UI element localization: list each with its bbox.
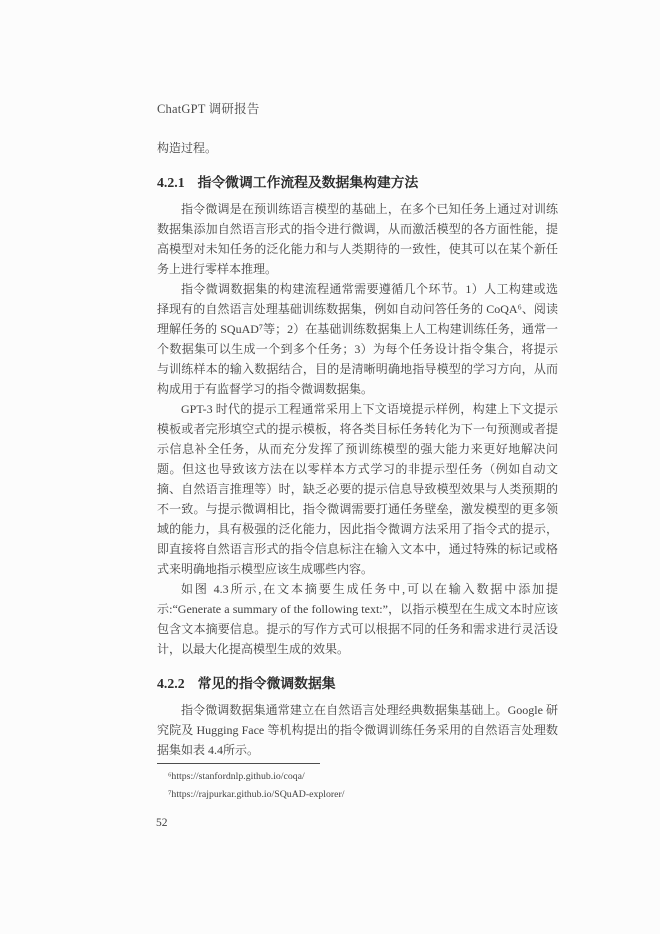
section-title: 常见的指令微调数据集 [198,676,336,691]
running-header: ChatGPT 调研报告 [157,99,260,117]
paragraph: GPT-3 时代的提示工程通常采用上下文语境提示样例，构建上下文提示模板或者完形… [157,399,558,579]
paragraph-intro: 构造过程。 [157,139,558,156]
section-title: 指令微调工作流程及数据集构建方法 [198,175,419,190]
document-page: ChatGPT 调研报告 构造过程。 4.2.1指令微调工作流程及数据集构建方法… [0,0,660,934]
page-number: 52 [156,817,168,829]
paragraph: 指令微调数据集的构建流程通常需要遵循几个环节。1）人工构建或选择现有的自然语言处… [157,279,558,399]
footnotes: ⁶https://stanfordnlp.github.io/coqa/ ⁷ht… [157,768,558,803]
section-4-2-1-body: 指令微调是在预训练语言模型的基础上，在多个已知任务上通过对训练数据集添加自然语言… [157,199,558,659]
footnote: ⁷https://rajpurkar.github.io/SQuAD-explo… [157,786,558,804]
section-number: 4.2.2 [157,676,185,691]
paragraph: 指令微调是在预训练语言模型的基础上，在多个已知任务上通过对训练数据集添加自然语言… [157,199,558,279]
section-number: 4.2.1 [157,175,185,190]
section-heading-4-2-1: 4.2.1指令微调工作流程及数据集构建方法 [157,171,558,191]
footnote: ⁶https://stanfordnlp.github.io/coqa/ [157,768,558,786]
section-4-2-2-body: 指令微调数据集通常建立在自然语言处理经典数据集基础上。Google 研究院及 H… [157,700,558,760]
paragraph: 如图 4.3所示,在文本摘要生成任务中,可以在输入数据中添加提示:“Genera… [157,579,558,659]
footnote-separator [157,763,320,764]
paragraph: 指令微调数据集通常建立在自然语言处理经典数据集基础上。Google 研究院及 H… [157,700,558,760]
section-heading-4-2-2: 4.2.2常见的指令微调数据集 [157,672,558,692]
